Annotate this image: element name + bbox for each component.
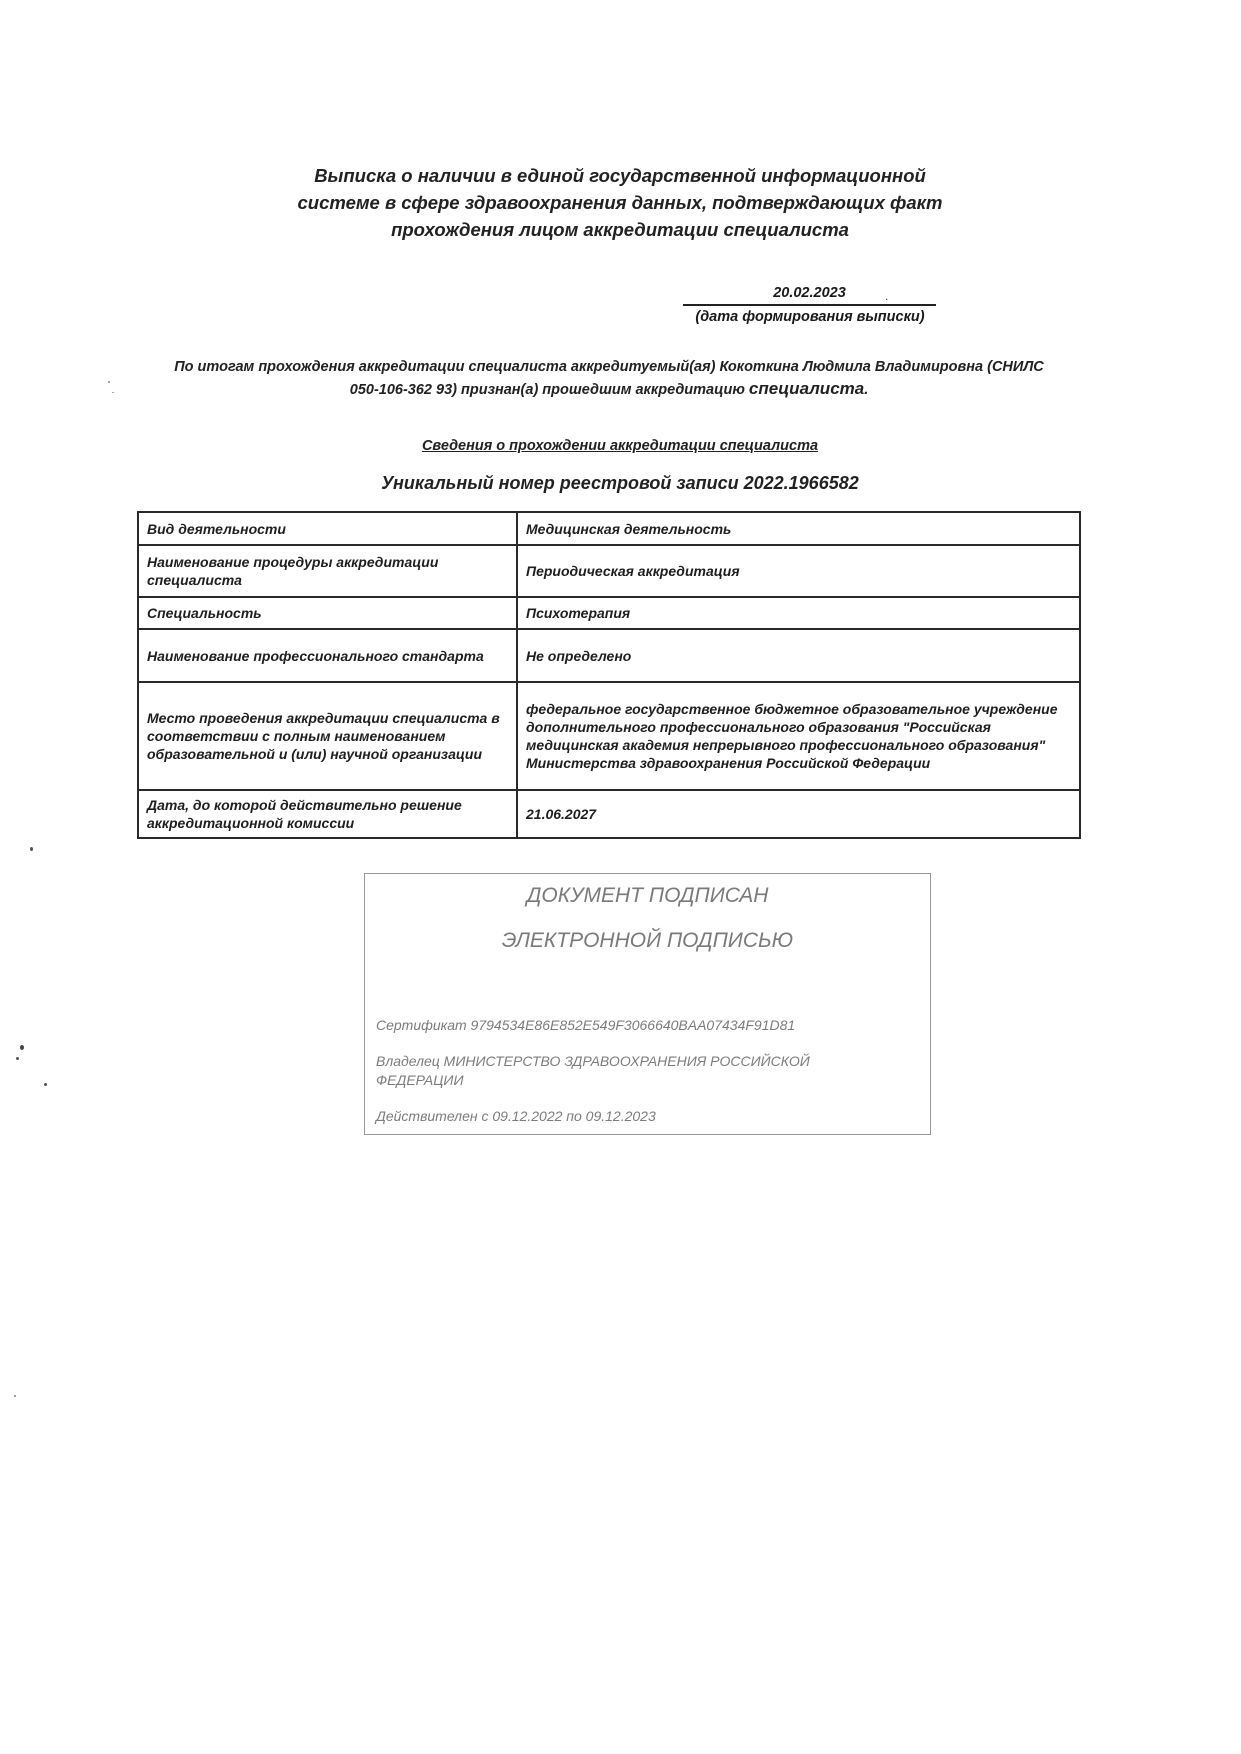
scan-speck: [30, 847, 33, 851]
row-label: Наименование процедуры аккредитации спец…: [138, 545, 517, 597]
scan-speck: [14, 1395, 16, 1397]
scan-speck: [44, 1083, 47, 1086]
stamp-title-line-2: ЭЛЕКТРОННОЙ ПОДПИСЬЮ: [365, 929, 930, 953]
title-line-2: системе в сфере здравоохранения данных, …: [200, 189, 1040, 216]
table-row: Наименование профессионального стандарта…: [138, 629, 1080, 682]
electronic-signature-stamp: ДОКУМЕНТ ПОДПИСАН ЭЛЕКТРОННОЙ ПОДПИСЬЮ С…: [364, 873, 931, 1135]
row-label: Специальность: [138, 597, 517, 629]
scan-speck: [112, 392, 114, 393]
row-label: Место проведения аккредитации специалист…: [138, 682, 517, 790]
table-row: Дата, до которой действительно решение а…: [138, 790, 1080, 838]
date-underline: [683, 304, 936, 306]
table-row: Специальность Психотерапия: [138, 597, 1080, 629]
stamp-certificate: Сертификат 9794534E86E852E549F3066640BAA…: [376, 1016, 916, 1035]
extract-date: 20.02.2023: [683, 285, 936, 301]
stamp-validity: Действителен с 09.12.2022 по 09.12.2023: [376, 1107, 916, 1126]
intro-line-2-emph: специалиста: [749, 379, 864, 398]
accreditation-table: Вид деятельности Медицинская деятельност…: [137, 511, 1081, 839]
scan-dot: .: [885, 289, 888, 303]
row-value: 21.06.2027: [517, 790, 1080, 838]
table-row: Место проведения аккредитации специалист…: [138, 682, 1080, 790]
stamp-owner: Владелец МИНИСТЕРСТВО ЗДРАВООХРАНЕНИЯ РО…: [376, 1052, 896, 1090]
intro-line-1: По итогам прохождения аккредитации специ…: [137, 357, 1081, 378]
row-value: федеральное государственное бюджетное об…: [517, 682, 1080, 790]
title-line-1: Выписка о наличии в единой государственн…: [200, 162, 1040, 189]
row-value: Психотерапия: [517, 597, 1080, 629]
section-heading: Сведения о прохождении аккредитации спец…: [200, 438, 1040, 454]
scan-speck: [20, 1045, 24, 1050]
stamp-title-line-1: ДОКУМЕНТ ПОДПИСАН: [365, 884, 930, 908]
table-row: Наименование процедуры аккредитации спец…: [138, 545, 1080, 597]
document-title: Выписка о наличии в единой государственн…: [200, 162, 1040, 243]
registry-number: Уникальный номер реестровой записи 2022.…: [200, 473, 1040, 494]
intro-line-2-end: .: [864, 382, 868, 398]
scan-speck: [108, 381, 110, 383]
intro-line-2-text: 050-106-362 93) признан(а) прошедшим акк…: [350, 382, 749, 398]
row-value: Периодическая аккредитация: [517, 545, 1080, 597]
row-value: Не определено: [517, 629, 1080, 682]
row-label: Дата, до которой действительно решение а…: [138, 790, 517, 838]
date-caption: (дата формирования выписки): [670, 309, 950, 325]
intro-paragraph: По итогам прохождения аккредитации специ…: [137, 357, 1081, 401]
table-row: Вид деятельности Медицинская деятельност…: [138, 512, 1080, 545]
title-line-3: прохождения лицом аккредитации специалис…: [200, 216, 1040, 243]
row-value: Медицинская деятельность: [517, 512, 1080, 545]
row-label: Наименование профессионального стандарта: [138, 629, 517, 682]
intro-line-2: 050-106-362 93) признан(а) прошедшим акк…: [137, 378, 1081, 401]
row-label: Вид деятельности: [138, 512, 517, 545]
scan-speck: [16, 1057, 19, 1060]
